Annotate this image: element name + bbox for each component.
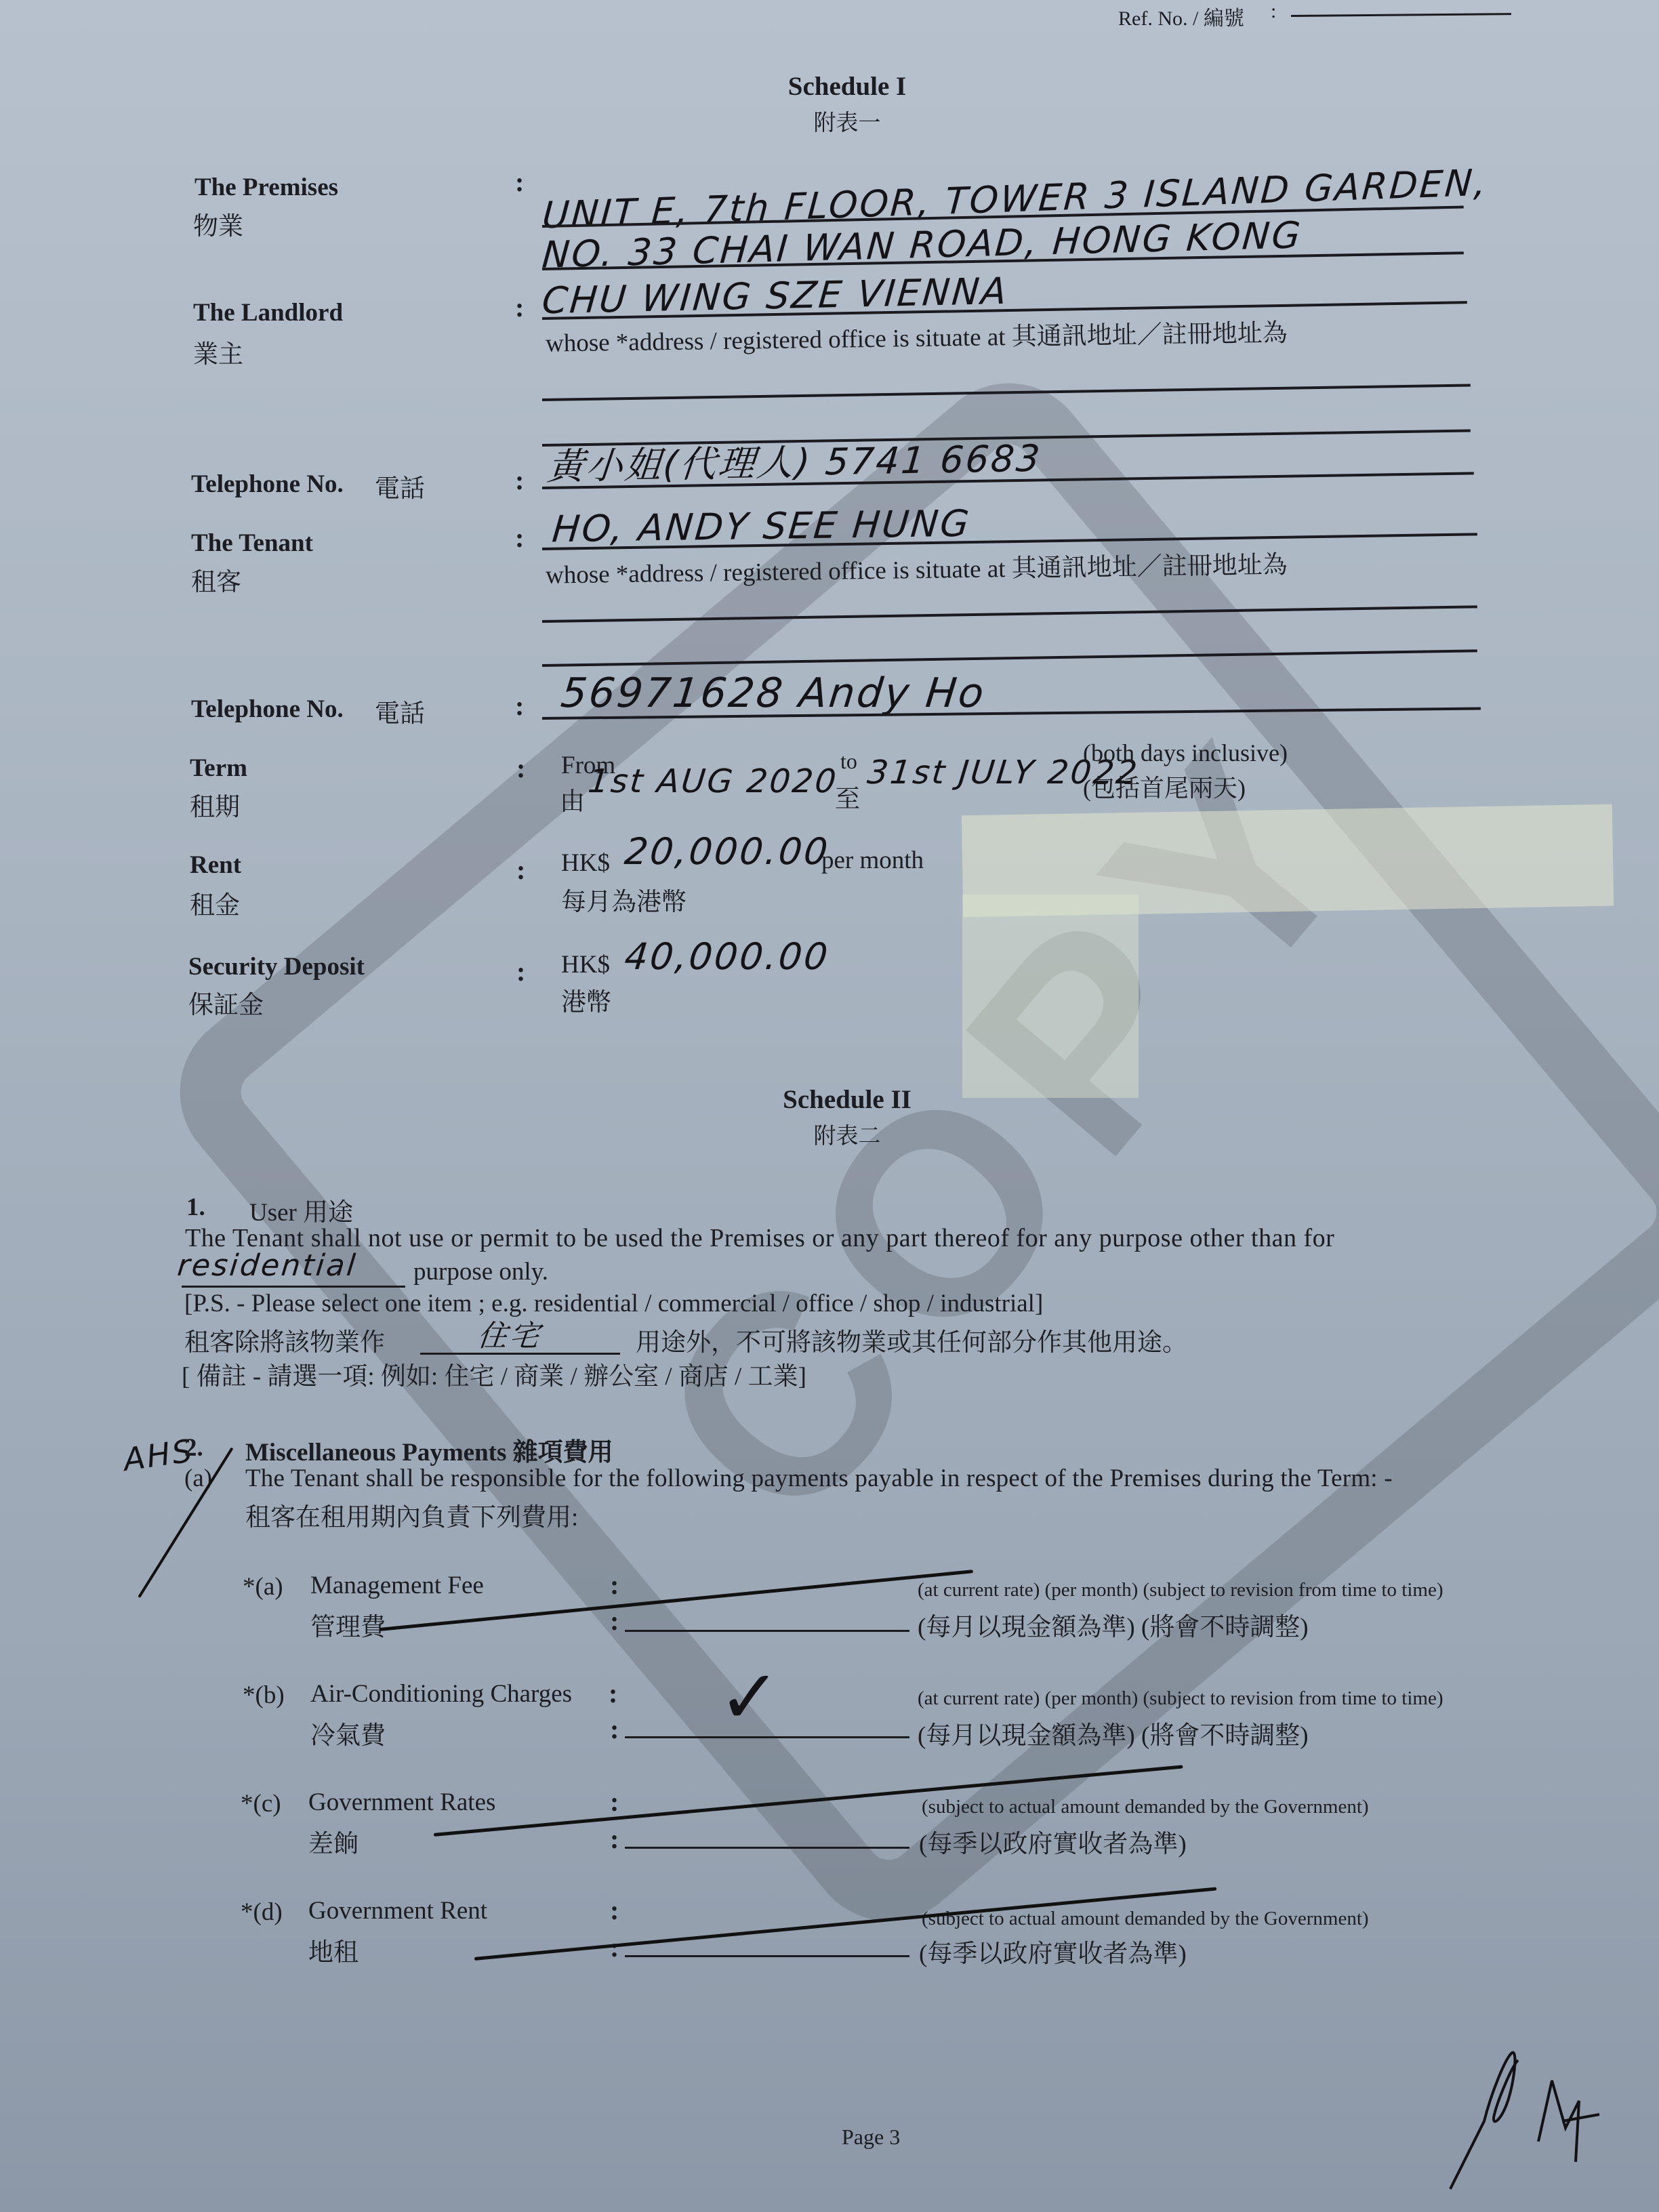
misc-item-a-colon: : [610, 1569, 619, 1601]
term-to-label: to [840, 749, 857, 774]
signature-initials-icon [1443, 2040, 1647, 2196]
rent-currency: HK$ [561, 848, 610, 878]
schedule-1-title: Schedule I [678, 71, 1017, 102]
landlord-phone-label-zh: 電話 [375, 468, 425, 504]
deposit-zh-note: 港幣 [561, 981, 611, 1018]
tenant-label-zh: 租客 [191, 561, 241, 598]
misc-item-b-colon-zh: : [610, 1713, 619, 1745]
adhesive-tape-patch [962, 895, 1139, 1098]
misc-item-a-label: Management Fee [310, 1571, 484, 1600]
term-inclusive-zh: (包括首尾兩天) [1083, 769, 1246, 804]
landlord-label: The Landlord [193, 298, 343, 327]
misc-item-b-checkmark[interactable]: ✓ [718, 1654, 783, 1740]
tenant-colon: : [515, 522, 524, 554]
ref-no-colon: : [1271, 0, 1276, 23]
deposit-label-zh: 保証金 [188, 984, 264, 1021]
tenant-phone-value: 56971628 Andy Ho [558, 670, 987, 717]
misc-item-c-note: (subject to actual amount demanded by th… [922, 1796, 1369, 1818]
term-to-label-zh: 至 [835, 778, 860, 815]
misc-item-d-note-zh: (每季以政府實收者為準) [919, 1933, 1187, 1969]
schedule-1-title-zh: 附表一 [678, 105, 1017, 137]
landlord-label-zh: 業主 [193, 333, 243, 370]
misc-item-c-note-zh: (每季以政府實收者為準) [919, 1823, 1187, 1860]
misc-item-d-label: Government Rent [308, 1896, 487, 1925]
misc-item-c-field[interactable] [625, 1847, 909, 1849]
misc-item-c-marker: *(c) [241, 1789, 281, 1818]
ref-no-label: Ref. No. / 編號 [1118, 1, 1244, 31]
tenant-phone-label-zh: 電話 [375, 693, 425, 729]
misc-item-d-colon: : [610, 1894, 619, 1926]
tenant-phone-colon: : [515, 690, 524, 722]
misc-item-a-label-zh: 管理費 [310, 1606, 386, 1643]
term-inclusive-en: (both days inclusive) [1083, 739, 1288, 767]
premises-colon: : [515, 166, 524, 198]
misc-item-a-marker: *(a) [243, 1572, 283, 1601]
misc-item-c-label-zh: 差餉 [308, 1823, 359, 1860]
misc-item-b-field[interactable] [625, 1736, 909, 1738]
term-label-zh: 租期 [190, 786, 240, 823]
user-heading: User 用途 [249, 1191, 353, 1228]
misc-item-b-marker: *(b) [243, 1681, 285, 1710]
misc-item-b-colon: : [609, 1677, 617, 1709]
misc-item-a-note-zh: (每月以現金額為準) (將會不時調整) [918, 1606, 1309, 1643]
tenant-label: The Tenant [191, 529, 313, 558]
landlord-phone-colon: : [515, 464, 524, 496]
rent-value: 20,000.00 [623, 830, 832, 873]
misc-item-a-note: (at current rate) (per month) (subject t… [918, 1579, 1443, 1601]
misc-intro-en: The Tenant shall be responsible for the … [245, 1464, 1393, 1493]
deposit-colon: : [516, 956, 525, 987]
misc-item-b-note-zh: (每月以現金額為準) (將會不時調整) [918, 1715, 1309, 1751]
ref-no-field[interactable] [1291, 13, 1511, 17]
landlord-colon: : [515, 291, 524, 323]
landlord-phone-label: Telephone No. [191, 470, 344, 499]
deposit-label: Security Deposit [188, 952, 365, 981]
term-from-label-zh: 由 [560, 781, 585, 817]
misc-item-a-colon-zh: : [610, 1605, 619, 1637]
rent-label-zh: 租金 [190, 884, 240, 921]
user-purpose-suffix: purpose only. [413, 1257, 548, 1286]
term-from-value: 1st AUG 2020 [586, 762, 840, 800]
misc-item-d-field[interactable] [625, 1955, 909, 1957]
term-label: Term [190, 754, 247, 783]
misc-number: 2. [184, 1433, 203, 1462]
deposit-currency: HK$ [561, 950, 610, 979]
schedule-2-title: Schedule II [678, 1084, 1017, 1115]
premises-label: The Premises [194, 173, 338, 202]
user-sentence-zh-prefix: 租客除將該物業作 [184, 1322, 385, 1358]
page-number: Page 3 [842, 2125, 900, 2150]
misc-item-d-label-zh: 地租 [308, 1931, 359, 1968]
user-purpose-field[interactable] [182, 1286, 405, 1288]
user-number: 1. [186, 1193, 205, 1222]
user-sentence-zh-suffix: 用途外，不可將該物業或其任何部分作其他用途。 [636, 1322, 1187, 1358]
misc-item-b-label: Air-Conditioning Charges [310, 1679, 572, 1708]
misc-item-b-note: (at current rate) (per month) (subject t… [918, 1687, 1443, 1710]
premises-label-zh: 物業 [193, 205, 243, 242]
rent-colon: : [516, 854, 525, 886]
misc-item-c-colon-zh: : [610, 1823, 619, 1855]
misc-item-d-marker: *(d) [241, 1898, 283, 1927]
user-ps-en: [P.S. - Please select one item ; e.g. re… [184, 1289, 1043, 1318]
tenant-phone-label: Telephone No. [191, 695, 344, 724]
deposit-value: 40,000.00 [623, 935, 832, 978]
user-purpose-field-zh[interactable] [420, 1353, 620, 1355]
misc-item-a-field[interactable] [625, 1630, 909, 1632]
misc-intro-zh: 租客在租用期內負責下列費用: [245, 1496, 578, 1533]
rent-label: Rent [190, 851, 241, 880]
misc-heading: Miscellaneous Payments 雜項費用 [245, 1431, 613, 1468]
user-purpose-value-zh[interactable]: 住宅 [476, 1311, 544, 1355]
rent-per-month: per month [821, 846, 924, 875]
user-purpose-value[interactable]: residential [176, 1248, 359, 1283]
user-ps-zh: [ 備註 - 請選一項: 例如: 住宅 / 商業 / 辦公室 / 商店 / 工業… [182, 1355, 806, 1392]
misc-item-b-label-zh: 冷氣費 [310, 1715, 386, 1751]
term-colon: : [516, 752, 525, 784]
misc-item-c-label: Government Rates [308, 1788, 495, 1817]
rent-zh-note: 每月為港幣 [561, 881, 687, 918]
schedule-2-title-zh: 附表二 [678, 1118, 1017, 1150]
misc-item-c-colon: : [610, 1786, 619, 1818]
